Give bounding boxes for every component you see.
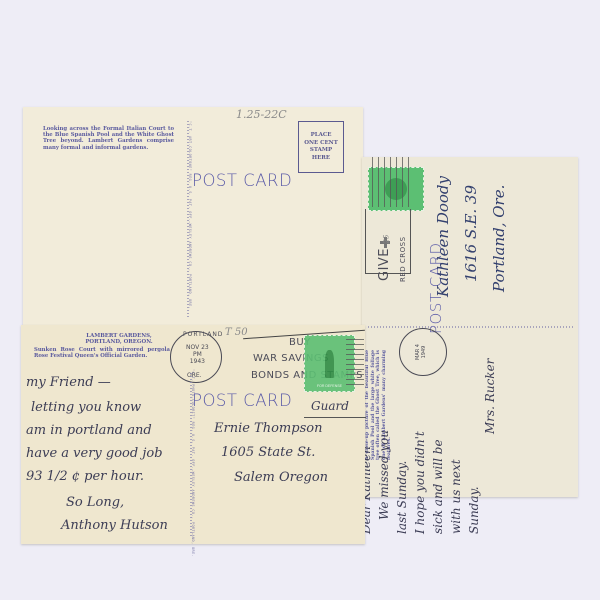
stamp-placeholder-box: PLACE ONE CENT STAMP HERE [298, 121, 344, 173]
message-line: with us next [449, 459, 463, 534]
slogan-word: GIVE [377, 248, 392, 281]
pencil-note: 25 [382, 235, 390, 244]
pencil-note: T 50 [225, 327, 248, 338]
message-line: I hope you didn't [413, 431, 427, 534]
address-line: Guard [311, 399, 349, 413]
stamp-box-line: PLACE [299, 132, 343, 140]
stamp-box-line: ONE CENT [299, 140, 343, 148]
caption-heading: LAMBERT GARDENS, PORTLAND, OREGON. [69, 333, 169, 345]
address-line: Ernie Thompson [214, 421, 322, 436]
message-line: Sunday. [467, 486, 481, 534]
caption-heading-line: PORTLAND, OREGON. [69, 339, 169, 345]
message-line: have a very good job [26, 446, 163, 461]
postmark-city: PORTLAND [183, 331, 223, 338]
signature: Anthony Hutson [61, 518, 168, 533]
slogan-word: RED CROSS [399, 236, 407, 282]
message-line: 93 1/2 ¢ per hour. [26, 469, 144, 484]
statue-icon [325, 350, 334, 378]
postcard-right: GIVE RED CROSS 25 POST CARD MAR 4 1949 A… [362, 157, 578, 497]
postcard-title: POST CARD [192, 391, 292, 410]
message-line: am in portland and [26, 423, 152, 438]
message-line: letting you know [31, 400, 141, 415]
address-line: Kathleen Doody [434, 176, 452, 297]
postmark-time: PM [193, 351, 202, 358]
postcard-top: 1.25-22C Looking across the Formal Itali… [23, 107, 363, 325]
signature: Mrs. Rucker [483, 359, 497, 434]
message-line: sick and will be [431, 439, 445, 534]
stamp-box-line: STAMP [299, 147, 343, 155]
address-line: Salem Oregon [234, 470, 328, 485]
address-line: 1605 State St. [221, 445, 315, 460]
stamp-box-line: HERE [299, 155, 343, 163]
caption-text: Sunken Rose Court with mirrored pergola … [34, 347, 170, 359]
postmark-portland-1943: NOV 23 PM 1943 PORTLAND ORE. [170, 331, 222, 383]
postcard-bottom: LAMBERT GARDENS, PORTLAND, OREGON. Sunke… [21, 325, 365, 544]
message-line: my Friend — [26, 375, 111, 390]
pencil-price-note: 1.25-22C [236, 108, 287, 121]
postcard-title: POST CARD [192, 171, 292, 190]
credit-line: "C.T. ART-COLORTONE" REG. U.S. PAT. OFF.… [188, 121, 192, 309]
postmark-date: NOV 23 [186, 344, 209, 351]
cancel-lines [372, 157, 410, 207]
cancel-lines [346, 339, 364, 387]
postmark-year: 1943 [190, 358, 205, 365]
message-block: Dear Kathleen We missed you last Sunday.… [359, 344, 499, 534]
postmark-text: NOV 23 PM 1943 [186, 344, 209, 365]
address-line: 1616 S.E. 39 [462, 185, 480, 282]
message-line: So Long, [66, 495, 124, 510]
caption-text: Looking across the Formal Italian Court … [43, 126, 174, 151]
address-block: Kathleen Doody 1616 S.E. 39 Portland, Or… [434, 187, 524, 337]
message-line: last Sunday. [395, 461, 409, 534]
address-line: Portland, Ore. [490, 185, 508, 292]
message-line: We missed you [377, 430, 391, 520]
underline [304, 417, 366, 418]
slogan-cancel-line: RED CROSS [399, 202, 413, 282]
